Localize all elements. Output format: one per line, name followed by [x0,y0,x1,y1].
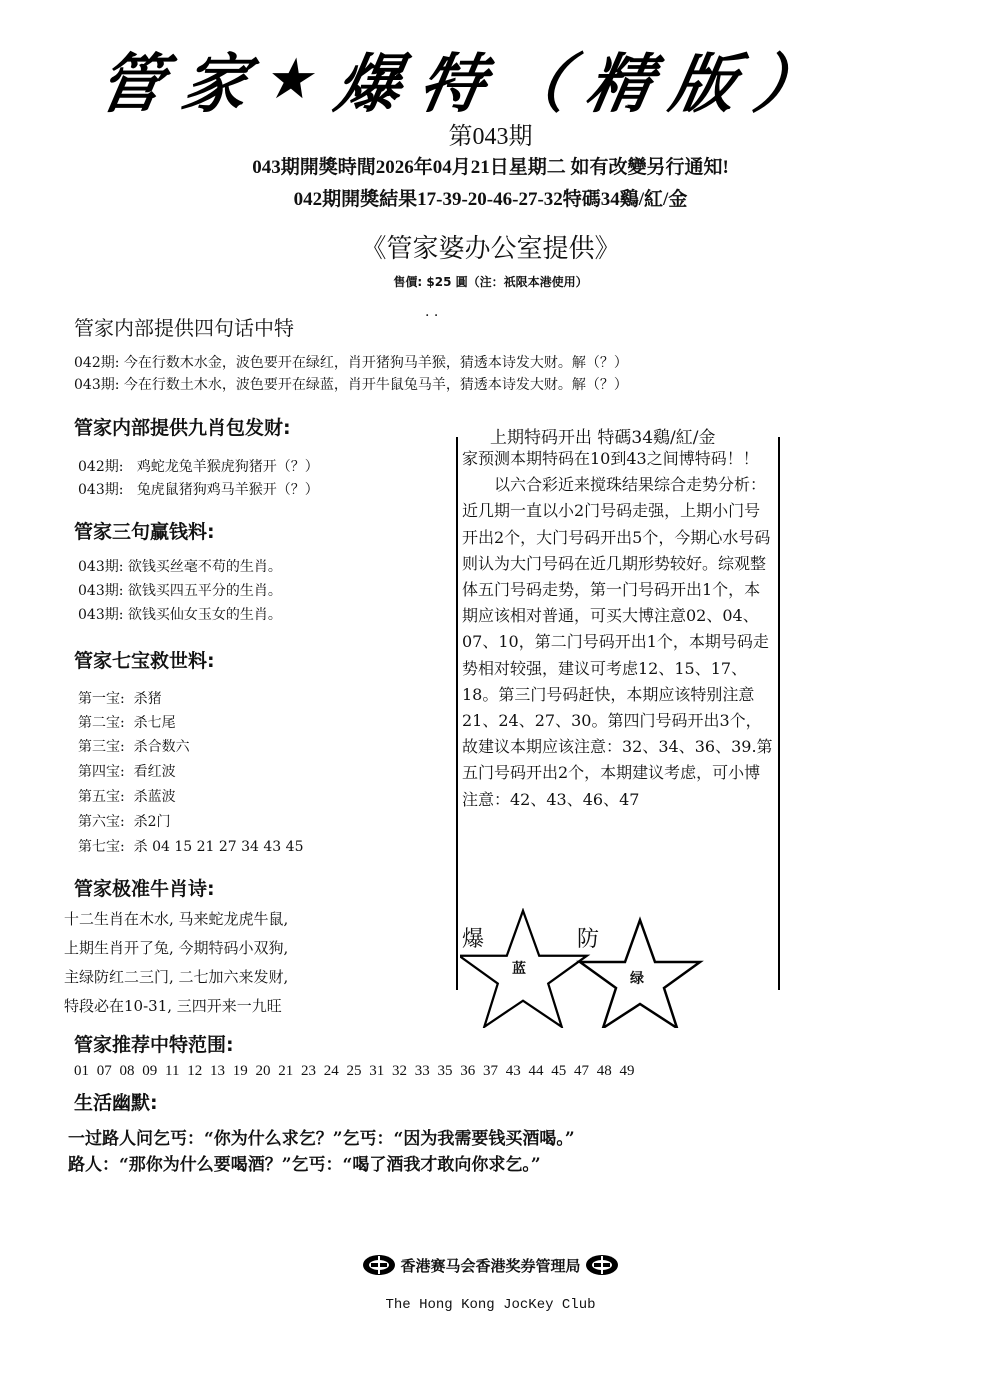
nine-zodiac-row: 043期: 兔虎鼠猪狗鸡马羊猴开（？） [78,479,319,499]
treasure-text: 杀 04 15 21 27 34 43 45 [134,839,304,855]
org-name-en: The Hong Kong JocKey Club [0,1297,981,1313]
treasure-label: 第三宝: [78,739,125,755]
title-char: 爆 [329,33,409,125]
poem-line: 上期生肖开了兔, 今期特码小双狗, [64,937,288,958]
treasure-label: 第二宝: [78,715,125,731]
issue-label: 043期: [78,559,123,575]
title-char: 管 [92,33,172,125]
treasure-text: 杀猪 [134,691,162,707]
humor-heading: 生活幽默: [74,1088,158,1115]
treasure-label: 第一宝: [78,691,125,707]
treasure-label: 第七宝: [78,839,125,855]
issue-label: 042期: [78,459,123,475]
title-char: （ [497,33,577,125]
star-icon [460,908,760,1028]
jockey-club-logo-icon [585,1254,619,1276]
title-char: ） [748,33,828,125]
nine-zodiac-heading: 管家内部提供九肖包发财: [74,413,291,440]
three-sentences-row: 043期: 欲钱买丝毫不苟的生肖。 [78,556,282,576]
row-text: 欲钱买四五平分的生肖。 [128,583,282,599]
treasure-text: 杀七尾 [134,715,176,731]
treasure-text: 杀蓝波 [134,789,176,805]
star-icon: ★ [262,47,324,112]
treasure-label: 第六宝: [78,814,125,830]
issue-label: 043期: [78,607,123,623]
provider: 《管家婆办公室提供》 [0,228,981,265]
four-sentences-row: 043期: 今在行数土木水，波色要开在绿蓝，肖开牛鼠兔马羊，猜透本诗发大财。解（… [74,374,628,394]
star-label-guard: 防 [577,922,599,953]
analysis-para: 家预测本期特码在10到43之间博特码！！ [462,446,774,472]
poem-heading: 管家极准牛肖诗: [74,874,215,901]
four-sentences-row: 042期: 今在行数木水金，波色要开在绿红，肖开猪狗马羊猴，猜透本诗发大财。解（… [74,352,628,372]
stray-dots: · · [425,308,438,324]
analysis-para: 以六合彩近来搅珠结果综合走势分析：近几期一直以小2门号码走强，上期小门号开出2个… [462,472,774,813]
treasure-label: 第四宝: [78,764,125,780]
last-result: 042期開獎結果17-39-20-46-27-32特碼34鷄/紅/金 [0,184,981,211]
four-sentences-heading: 管家内部提供四句话中特 [74,312,294,341]
treasure-text: 杀合数六 [134,739,190,755]
issue-label: 043期: [78,583,123,599]
treasure-row: 第七宝: 杀 04 15 21 27 34 43 45 [78,836,303,856]
poem-line: 十二生肖在木水, 马来蛇龙虎牛鼠, [64,908,288,929]
treasure-row: 第三宝: 杀合数六 [78,736,190,756]
footer-logo-row: 香港赛马会香港奖券管理局 [0,1254,981,1276]
row-text: 兔虎鼠猪狗鸡马羊猴开（？） [137,482,319,498]
range-heading: 管家推荐中特范围: [74,1030,234,1057]
issue-label: 043期: [74,377,119,393]
row-text: 欲钱买丝毫不苟的生肖。 [128,559,282,575]
issue-label: 043期: [78,482,123,498]
analysis-text: 家预测本期特码在10到43之间博特码！！ 以六合彩近来搅珠结果综合走势分析：近几… [462,446,774,813]
humor-line: 一过路人问乞丐：“你为什么求乞？”乞丐：“因为我需要钱买酒喝。” [68,1124,575,1149]
three-sentences-heading: 管家三句赢钱料: [74,517,215,544]
jockey-club-logo-icon [362,1254,396,1276]
poem-line: 特段必在10-31, 三四开来一九旺 [64,995,282,1016]
star-text-blue: 蓝 [512,958,526,978]
issue-number: 第043期 [0,116,981,151]
issue-label: 042期: [74,355,119,371]
treasure-text: 杀2门 [134,814,171,830]
poem-line: 主绿防红二三门, 二七加六来发财, [64,966,288,987]
title-char: 精 [580,33,660,125]
org-name-cn: 香港赛马会香港奖券管理局 [400,1255,580,1276]
treasure-row: 第四宝: 看红波 [78,761,176,781]
star-badges: 爆 蓝 防 绿 [460,908,760,1028]
three-sentences-row: 043期: 欲钱买仙女玉女的生肖。 [78,604,282,624]
treasure-row: 第二宝: 杀七尾 [78,712,176,732]
masthead-title: 管 家 ★ 爆 特 （ 精 版 ） [92,34,828,124]
treasure-text: 看红波 [134,764,176,780]
title-char: 特 [413,33,493,125]
price: 售價: $25 圓（注：祇限本港使用） [0,273,981,290]
title-char: 版 [664,33,744,125]
treasure-row: 第六宝: 杀2门 [78,811,171,831]
three-sentences-row: 043期: 欲钱买四五平分的生肖。 [78,580,282,600]
nine-zodiac-row: 042期: 鸡蛇龙兔羊猴虎狗猪开（？） [78,456,319,476]
title-char: 家 [176,33,256,125]
star-text-green: 绿 [630,968,644,988]
row-text: 欲钱买仙女玉女的生肖。 [128,607,282,623]
treasure-row: 第五宝: 杀蓝波 [78,786,176,806]
treasure-label: 第五宝: [78,789,125,805]
humor-line: 路人：“那你为什么要喝酒？”乞丐：“喝了酒我才敢向你求乞。” [68,1150,541,1175]
row-text: 今在行数土木水，波色要开在绿蓝，肖开牛鼠兔马羊，猜透本诗发大财。解（？） [124,377,628,393]
draw-time: 043期開獎時間2026年04月21日星期二 如有改變另行通知! [0,152,981,179]
row-text: 今在行数木水金，波色要开在绿红，肖开猪狗马羊猴，猜透本诗发大财。解（？） [124,355,628,371]
range-numbers: 01 07 08 09 11 12 13 19 20 21 23 24 25 3… [74,1063,634,1080]
seven-treasures-heading: 管家七宝救世料: [74,646,215,673]
treasure-row: 第一宝: 杀猪 [78,688,162,708]
row-text: 鸡蛇龙兔羊猴虎狗猪开（？） [137,459,319,475]
star-label-boom: 爆 [462,922,484,953]
